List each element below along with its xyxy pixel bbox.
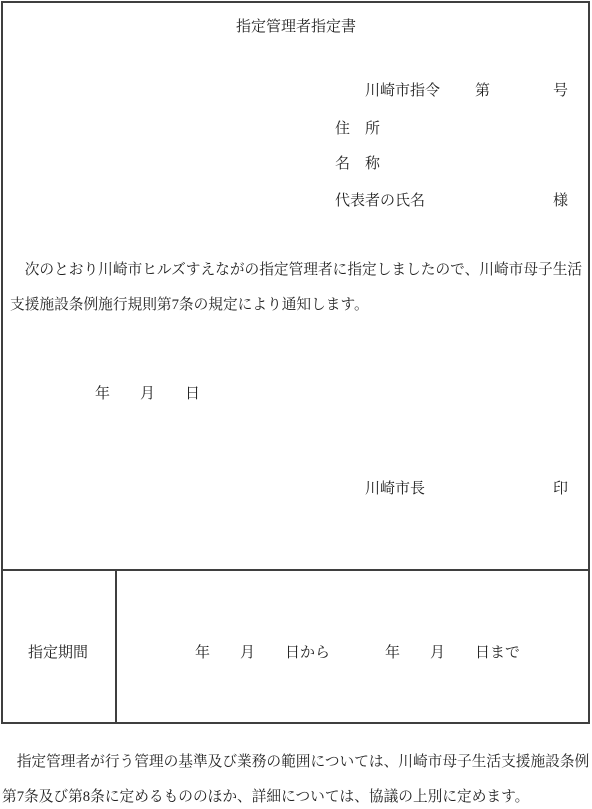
document-border <box>1 1 590 724</box>
recipient-honorific: 様 <box>553 189 568 210</box>
recipient-address-label: 住 所 <box>335 117 380 138</box>
issue-date-line: 年 月 日 <box>95 382 200 403</box>
directive-issuer: 川崎市指令 <box>365 79 440 100</box>
recipient-name-label: 名 称 <box>335 152 380 173</box>
directive-number-suffix: 号 <box>553 79 568 100</box>
period-range-to: 年 月 日まで <box>385 641 520 662</box>
period-table-label: 指定期間 <box>28 641 88 662</box>
recipient-representative-label: 代表者の氏名 <box>335 189 425 210</box>
signature-mayor: 川崎市長 <box>365 477 425 498</box>
table-top-border <box>1 569 590 571</box>
notification-body-text: 次のとおり川崎市ヒルズすえながの指定管理者に指定しましたので、川崎市母子生活支援… <box>10 253 588 323</box>
period-range-from: 年 月 日から <box>195 641 330 662</box>
footer-note-text: 指定管理者が行う管理の基準及び業務の範囲については、川崎市母子生活支援施設条例第… <box>2 745 590 809</box>
signature-seal-mark: 印 <box>553 477 568 498</box>
document-page: 指定管理者指定書 川崎市指令 第 号 住 所 名 称 代表者の氏名 様 次のとお… <box>0 0 592 809</box>
table-column-divider <box>115 569 117 724</box>
document-title: 指定管理者指定書 <box>0 15 592 36</box>
directive-number-prefix: 第 <box>475 79 490 100</box>
